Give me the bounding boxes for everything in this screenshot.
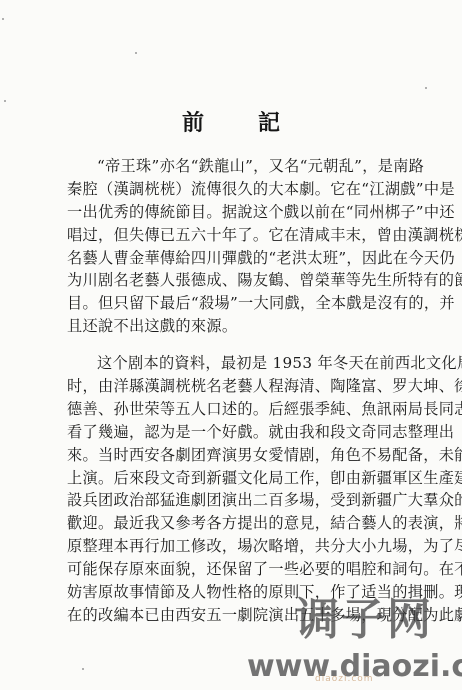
page-title: 前記 — [0, 106, 462, 137]
text-line: 为川剧名老藝人張德成、陽友鶴、曾榮華等先生所特有的節 — [67, 269, 445, 292]
text-line: “帝王珠”亦名“鉄龍山”，又名“元朝乱”，是南路 — [67, 155, 445, 178]
text-line: 歡迎。最近我又參考各方提出的意見，結合藝人的表演，將 — [67, 512, 445, 535]
paragraph-1: “帝王珠”亦名“鉄龍山”，又名“元朝乱”，是南路 秦腔（漢調桄桄）流傳很久的大本… — [67, 155, 445, 338]
title-char-2: 記 — [258, 106, 280, 137]
watermark-logo-text: 调子网 — [295, 598, 433, 642]
scan-speck — [2, 18, 4, 20]
text-line: 一出优秀的傳統節目。据說这个戲以前在“同州梆子”中还 — [67, 201, 445, 224]
watermark-subtext: diaozi.com — [315, 674, 374, 684]
text-line: 德善、孙世荣等五人口述的。后經張季純、魚訊兩局長同志 — [67, 398, 445, 421]
text-line: 这个剧本的資料，最初是 1953 年冬天在前西北文化局 — [67, 352, 445, 375]
scan-speck — [135, 52, 137, 54]
scan-speck — [4, 100, 6, 102]
text-line: 目。但只留下最后“殺場”一大同戲，全本戲是沒有的，并 — [67, 292, 445, 315]
body-text: “帝王珠”亦名“鉄龍山”，又名“元朝乱”，是南路 秦腔（漢調桄桄）流傳很久的大本… — [67, 155, 445, 627]
text-line: 唱过，但失傳已五六十年了。它在清咸丰末，曾由漢調桄桄 — [67, 224, 445, 247]
text-line: 名藝人曹金華傳給四川彈戲的“老洪太班”，因此在今天仍 — [67, 247, 445, 270]
text-line: 时，由洋縣漢調桄桄名老藝人程海清、陶隆富、罗大坤、徐 — [67, 375, 445, 398]
text-line: 原整理本再行加工修改，場次略增，共分大小九場，为了尽 — [67, 535, 445, 558]
text-line: 且还說不出这戲的來源。 — [67, 315, 445, 338]
scan-speck — [425, 87, 427, 89]
scan-speck — [82, 668, 84, 670]
text-line: 看了幾遍，認为是一个好戲。就由我和段文奇同志整理出 — [67, 421, 445, 444]
scanned-document-page: 前記 “帝王珠”亦名“鉄龍山”，又名“元朝乱”，是南路 秦腔（漢調桄桄）流傳很久… — [0, 0, 462, 690]
title-char-1: 前 — [182, 106, 204, 137]
text-line: 設兵团政治部猛進劇团演出二百多場，受到新疆广大羣众的 — [67, 489, 445, 512]
text-line: 上演。后來段文奇到新疆文化局工作，卽由新疆軍区生產建 — [67, 467, 445, 490]
text-line: 秦腔（漢調桄桄）流傳很久的大本劇。它在“江湖戲”中是 — [67, 178, 445, 201]
paragraph-2: 这个剧本的資料，最初是 1953 年冬天在前西北文化局 时，由洋縣漢調桄桄名老藝… — [67, 352, 445, 627]
text-line: 來。当时西安各劇团齊演男女愛情剧，角色不易配备，未能 — [67, 444, 445, 467]
text-line: 可能保存原來面貌，还保留了一些必要的唱腔和詞句。在不 — [67, 558, 445, 581]
